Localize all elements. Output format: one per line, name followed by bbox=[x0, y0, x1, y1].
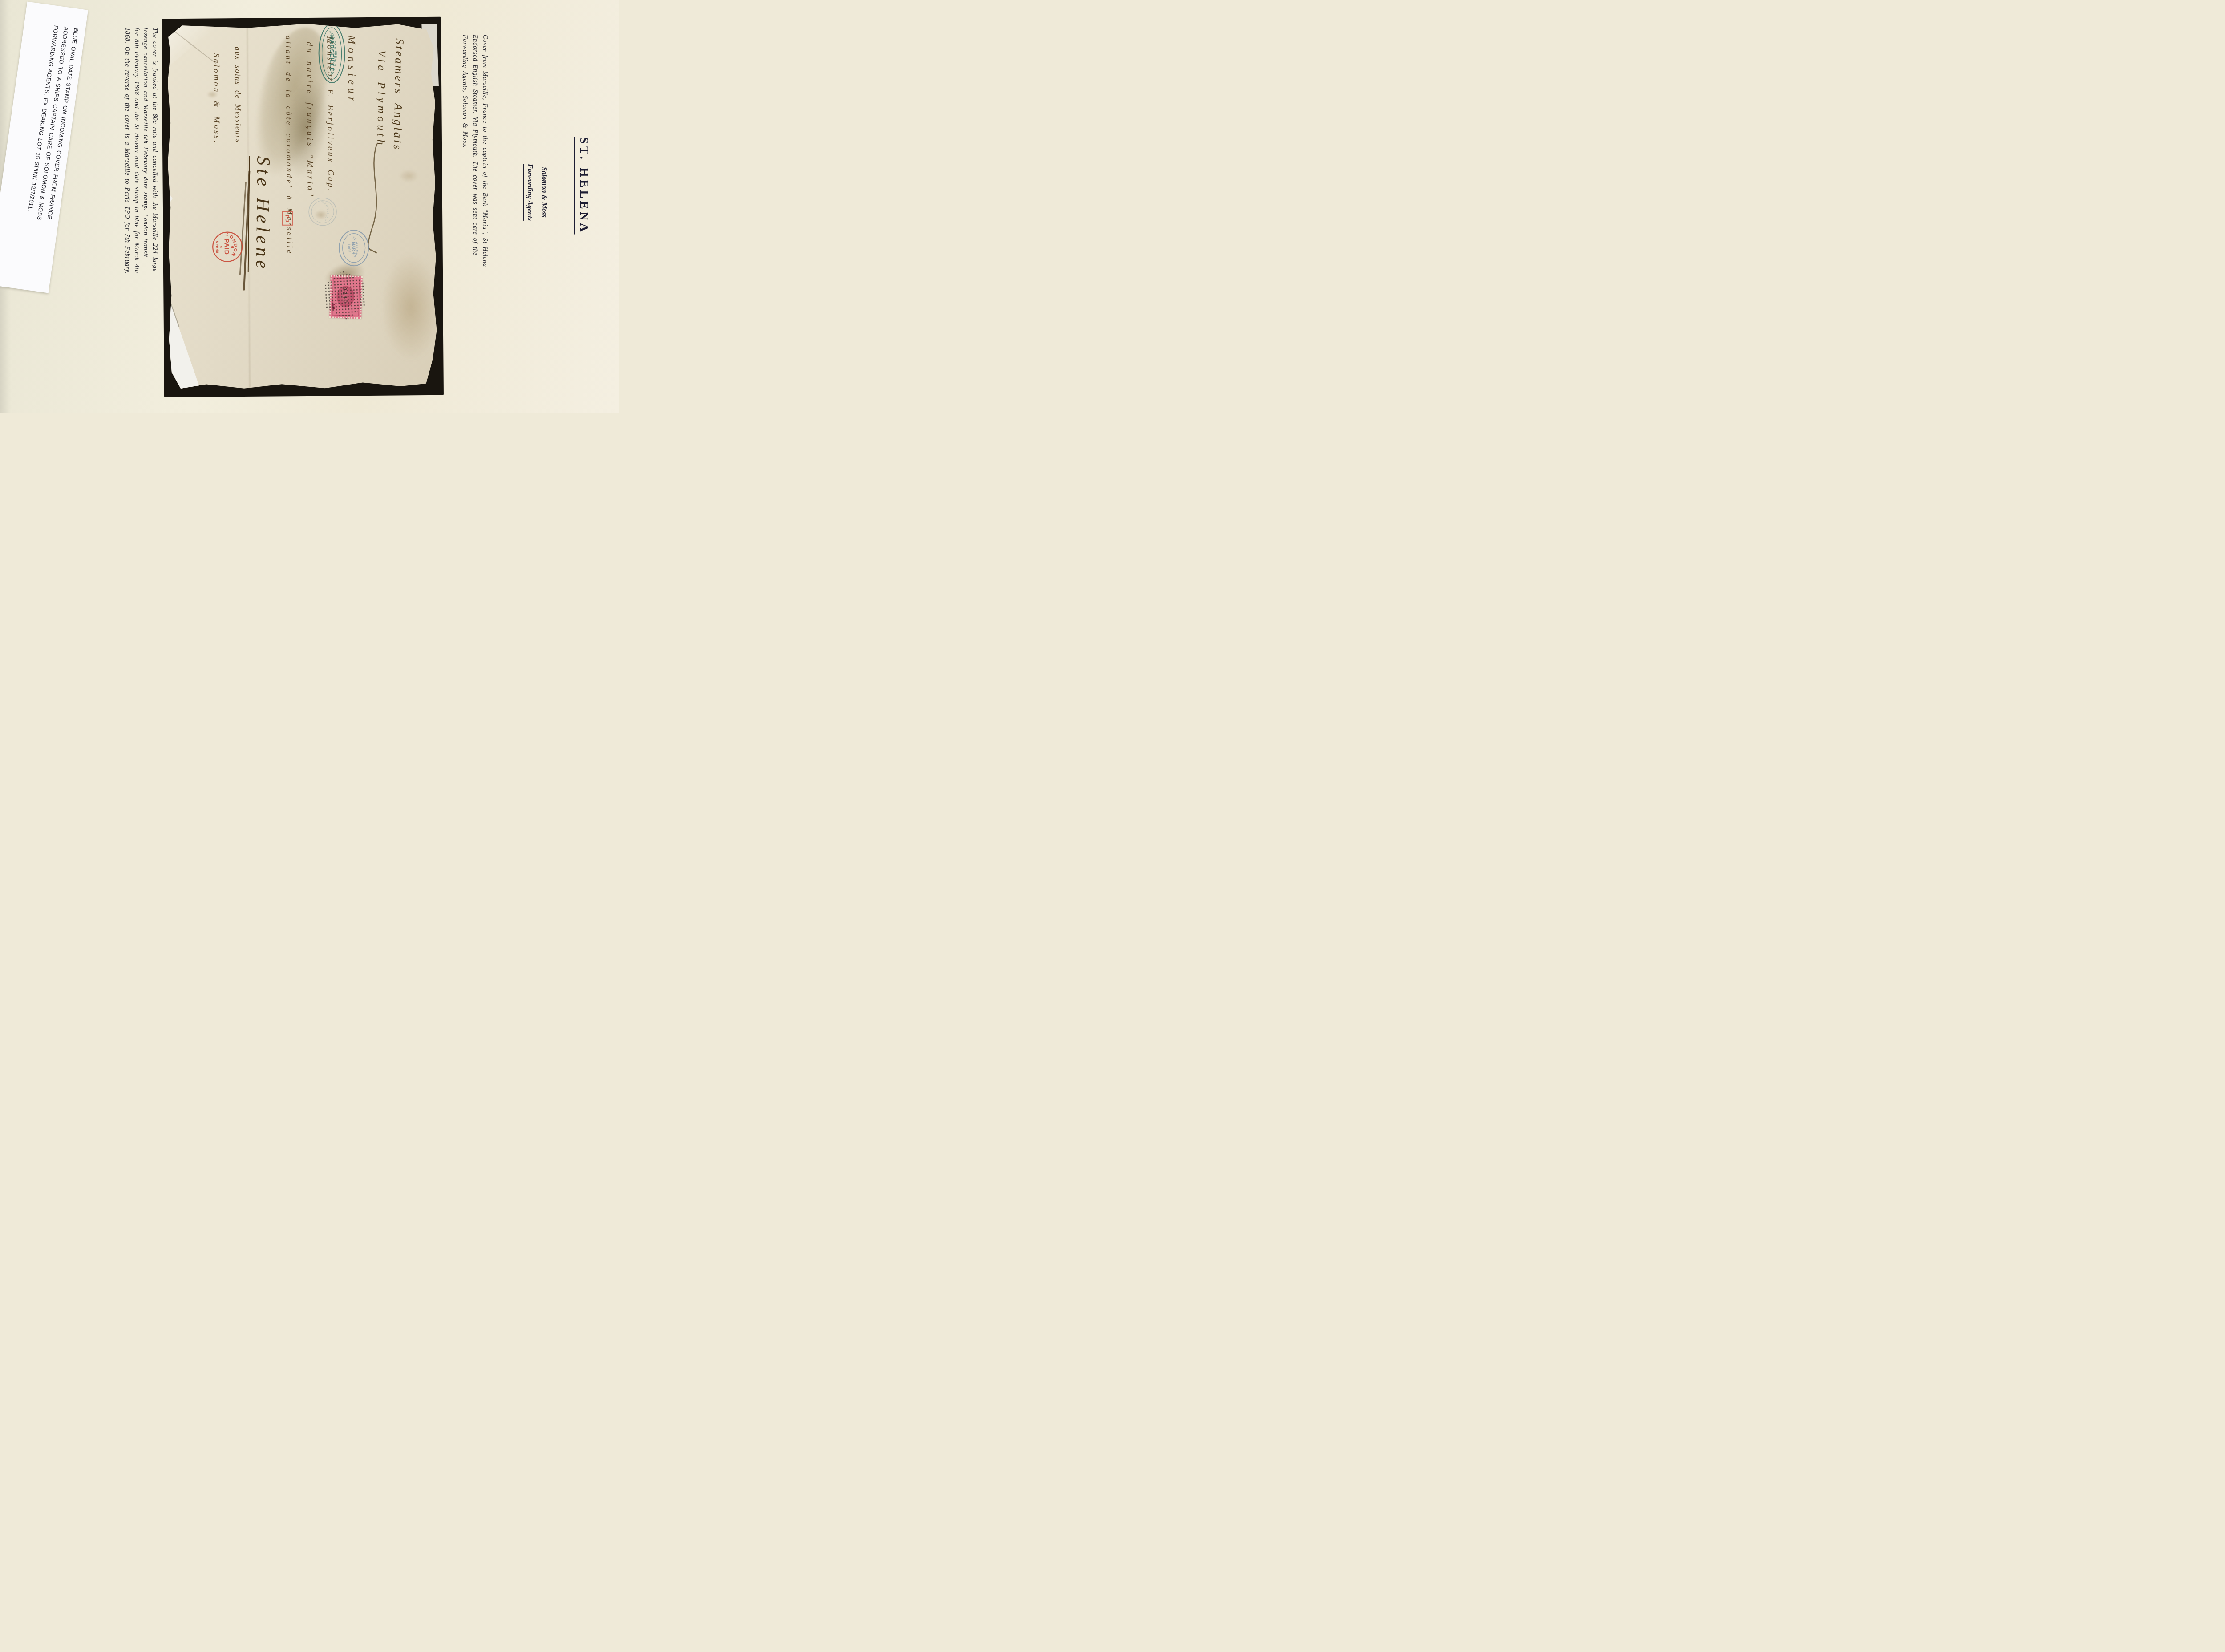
pd-handstamp-text: PD bbox=[284, 215, 291, 222]
london-cds-code-top: H bbox=[231, 246, 235, 248]
endorsement-plymouth: Via Plymouth bbox=[374, 50, 387, 148]
edge-nick bbox=[166, 190, 173, 207]
pd-handstamp: PD bbox=[282, 211, 293, 226]
marseille-transit-datestamp: MARSEILLE bbox=[307, 196, 338, 227]
agents-heading-line: Solomon & Moss bbox=[537, 138, 551, 247]
address-line: Monsieur bbox=[345, 35, 357, 105]
agents-heading: Solomon & Moss Forwarding Agents bbox=[516, 138, 551, 247]
st-helena-date-line1: MAR 4 bbox=[352, 242, 356, 254]
london-paid-datestamp: LONDON H PAID A 8 FE 68 bbox=[210, 230, 244, 264]
caption-line: lozenge cancellation and Marseille 6th F… bbox=[141, 28, 150, 388]
forwarder-oval-center-text: MARSEILLE bbox=[329, 35, 336, 72]
stain bbox=[398, 169, 419, 182]
envelope-front: Steamers Anglais Via Plymouth Monsieur M… bbox=[166, 22, 438, 391]
st-helena-oval-datestamp: ST HELENA MAR 4 1868 bbox=[338, 229, 370, 267]
stain bbox=[381, 254, 440, 361]
london-cds-paid: PAID bbox=[223, 239, 230, 255]
lozenge-numerals: 2240 bbox=[341, 287, 349, 304]
svg-text:MARSEILLE: MARSEILLE bbox=[320, 200, 330, 222]
destination-line: Ste Helene bbox=[251, 156, 274, 272]
caption-line: for 8th February 1868 and the St Helena … bbox=[132, 28, 141, 388]
exhibit-label-text: BLUE OVAL DATE STAMP ON INCOMING COVER F… bbox=[0, 21, 81, 289]
st-helena-date-line2: 1868 bbox=[347, 243, 351, 252]
agents-heading-line: Forwarding Agents bbox=[522, 138, 537, 247]
london-cds-date: 8 FE 68 bbox=[215, 241, 219, 254]
right-caption-line: Endorsed English Steamer, Via Plymouth. … bbox=[469, 35, 479, 377]
endorsement-steamers: Steamers Anglais bbox=[391, 38, 406, 151]
caption-line: 1868. On the reverse of the cover is a M… bbox=[123, 28, 132, 388]
right-caption-line: Forwarding Agents, Solomon & Moss. bbox=[460, 35, 469, 377]
caption-line: The cover is franked at the 80c rate and… bbox=[150, 28, 159, 388]
address-line: du navire français "Maria" bbox=[304, 42, 315, 198]
cover-mount: Steamers Anglais Via Plymouth Monsieur M… bbox=[162, 17, 444, 397]
left-caption: The cover is franked at the 80c rate and… bbox=[122, 28, 159, 388]
forwarder-oval-handstamp: SCHLOSS FRERES & DEGRAVE MARSEILLE bbox=[317, 22, 347, 85]
album-page-photo: BLUE OVAL DATE STAMP ON INCOMING COVER F… bbox=[0, 0, 619, 413]
right-caption-line: Cover from Marseille, France to the capt… bbox=[480, 35, 489, 377]
london-cds-code-bottom: A bbox=[220, 246, 223, 248]
care-of-line: Salomon & Moss. bbox=[212, 53, 222, 144]
right-caption: Cover from Marseille, France to the capt… bbox=[458, 35, 489, 377]
exhibit-label: BLUE OVAL DATE STAMP ON INCOMING COVER F… bbox=[0, 2, 88, 293]
transit-cds-arc-text: MARSEILLE bbox=[320, 200, 330, 222]
page-title: ST. HELENA bbox=[570, 137, 591, 278]
care-of-line: aux soins de Messieurs bbox=[233, 47, 243, 143]
